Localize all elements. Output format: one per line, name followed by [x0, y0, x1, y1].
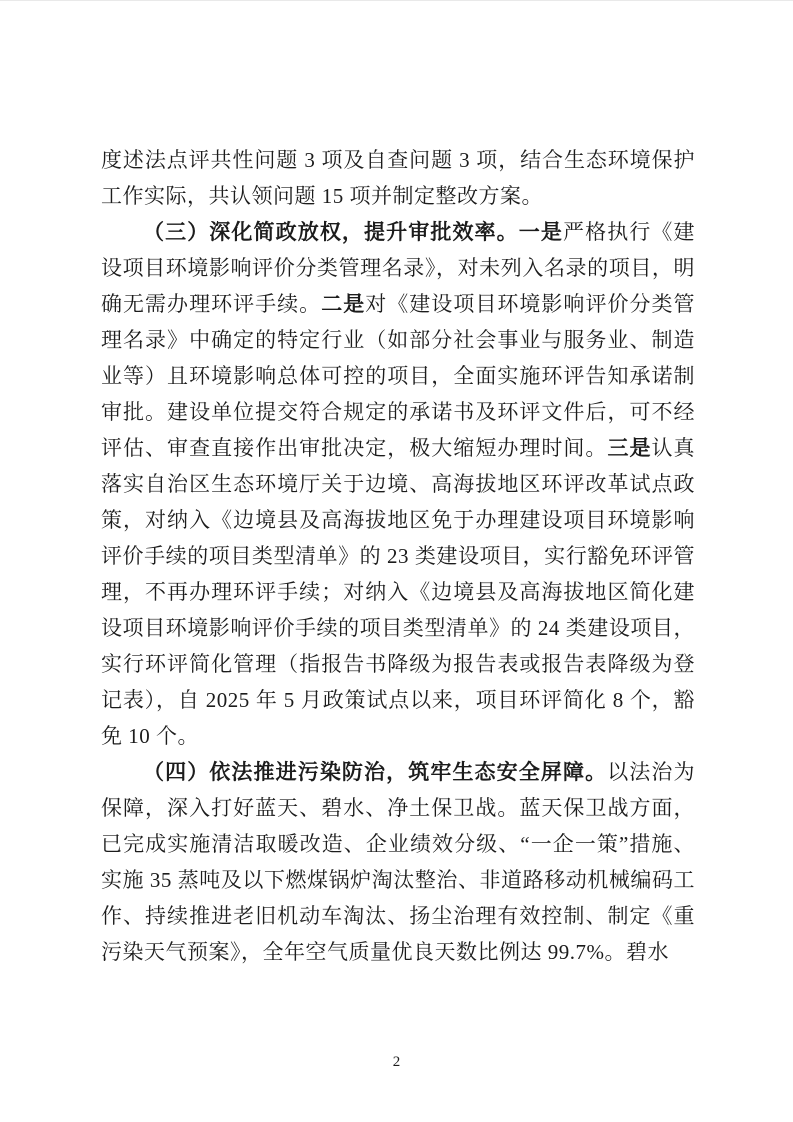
text-run: 以法治为保障，深入打好蓝天、碧水、净土保卫战。蓝天保卫战方面，已完成实施清洁取暖…: [101, 760, 695, 964]
document-page: 度述法点评共性问题 3 项及自查问题 3 项，结合生态环境保护工作实际，共认领问…: [0, 0, 793, 1122]
bold-text-run: 三是: [607, 436, 651, 460]
text-run: 对《建设项目环境影响评价分类管理名录》中确定的特定行业（如部分社会事业与服务业、…: [101, 292, 695, 460]
paragraph: （三）深化简政放权，提升审批效率。一是严格执行《建设项目环境影响评价分类管理名录…: [101, 214, 695, 754]
document-body: 度述法点评共性问题 3 项及自查问题 3 项，结合生态环境保护工作实际，共认领问…: [101, 142, 695, 970]
bold-text-run: （四）依法推进污染防治，筑牢生态安全屏障。: [143, 760, 607, 784]
scan-edge-artifact: [0, 0, 793, 1]
page-number: 2: [0, 1052, 793, 1072]
paragraph: （四）依法推进污染防治，筑牢生态安全屏障。以法治为保障，深入打好蓝天、碧水、净土…: [101, 754, 695, 970]
text-run: 认真落实自治区生态环境厅关于边境、高海拔地区环评改革试点政策，对纳入《边境县及高…: [101, 436, 695, 748]
bold-text-run: （三）深化简政放权，提升审批效率。一是: [143, 220, 563, 244]
text-run: 度述法点评共性问题 3 项及自查问题 3 项，结合生态环境保护工作实际，共认领问…: [101, 148, 695, 208]
bold-text-run: 二是: [321, 292, 365, 316]
paragraph: 度述法点评共性问题 3 项及自查问题 3 项，结合生态环境保护工作实际，共认领问…: [101, 142, 695, 214]
